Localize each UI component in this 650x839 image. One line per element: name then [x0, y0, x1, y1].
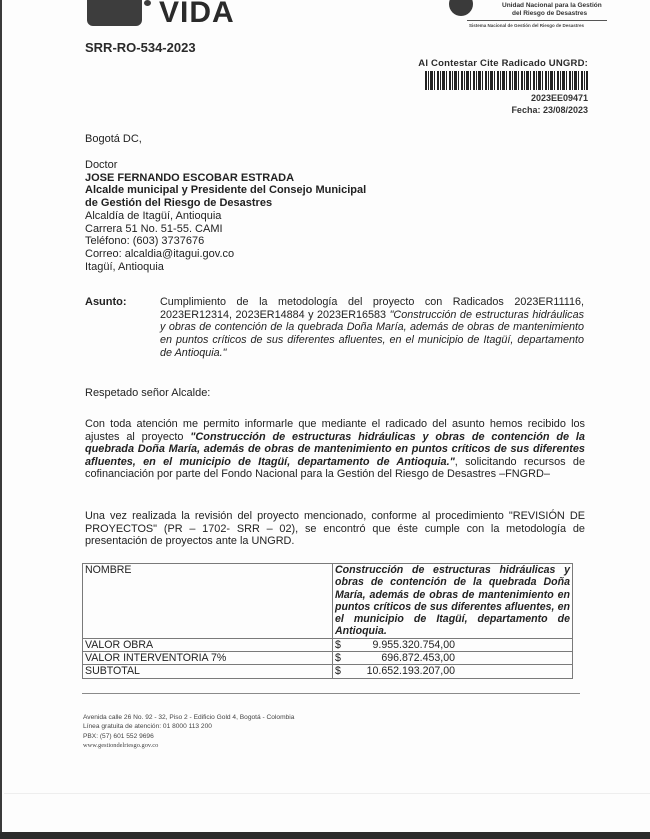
city-line: Bogotá DC, — [85, 133, 142, 146]
recipient-name: JOSE FERNANDO ESCOBAR ESTRADA — [85, 172, 366, 185]
ungrd-subtitle: Sistema Nacional de Gestión del Riesgo d… — [469, 23, 584, 28]
viewer-bottom-bar — [0, 832, 650, 839]
table-key: VALOR INTERVENTORIA 7% — [83, 652, 333, 665]
barcode-icon — [425, 71, 588, 90]
table-row: VALOR OBRA $9.955.320.754,00 — [83, 638, 573, 651]
table-value: Construcción de estructuras hidráulicas … — [333, 564, 573, 639]
government-logo: VIDA — [87, 0, 257, 34]
subject-text: Cumplimiento de la metodología del proye… — [160, 296, 584, 360]
recipient-role-line1: Alcalde municipal y Presidente del Conse… — [85, 184, 366, 197]
page-fold-line — [4, 793, 650, 794]
footer-address: Avenida calle 26 No. 92 - 32, Piso 2 - E… — [83, 713, 294, 722]
recipient-address: Carrera 51 No. 51-55. CAMI — [85, 223, 366, 236]
table-key: SUBTOTAL — [83, 665, 333, 678]
amount: 9.955.320.754,00 — [355, 639, 455, 651]
greeting: Respetado señor Alcalde: — [85, 387, 210, 399]
table-value: $9.955.320.754,00 — [333, 638, 573, 651]
logo-wave-icon — [87, 0, 142, 26]
radicado-block: Al Contestar Cite Radicado UNGRD: 2023EE… — [418, 58, 588, 115]
footer-website: www.gestiondelriesgo.gov.co — [83, 741, 294, 750]
radicado-number: 2023EE09471 — [418, 93, 588, 103]
ungrd-name-line2: del Riesgo de Desastres — [512, 10, 587, 17]
table-value: $10.652.193.207,00 — [333, 665, 573, 678]
recipient-location: Itagüí, Antioquia — [85, 261, 366, 274]
recipient-role-line2: de Gestión del Riesgo de Desastres — [85, 197, 366, 210]
radicado-date: Fecha: 23/08/2023 — [418, 105, 588, 115]
currency-symbol: $ — [335, 639, 355, 651]
footer-pbx: PBX: (57) 601 552 9696 — [83, 732, 294, 741]
amount: 696.872.453,00 — [355, 652, 455, 664]
subject-label: Asunto: — [85, 296, 127, 308]
amount: 10.652.193.207,00 — [355, 665, 455, 677]
table-row: SUBTOTAL $10.652.193.207,00 — [83, 665, 573, 678]
table-value: $696.872.453,00 — [333, 652, 573, 665]
currency-symbol: $ — [335, 652, 355, 664]
recipient-phone: Teléfono: (603) 3737676 — [85, 235, 366, 248]
table-key: VALOR OBRA — [83, 638, 333, 651]
paragraph-2: Una vez realizada la revisión del proyec… — [85, 510, 585, 548]
document-code: SRR-RO-534-2023 — [85, 40, 196, 55]
recipient-entity: Alcaldía de Itagüí, Antioquia — [85, 210, 366, 223]
logo-dot-icon — [144, 0, 151, 6]
recipient-email: Correo: alcaldia@itagui.gov.co — [85, 248, 366, 261]
logo-text: VIDA — [159, 0, 235, 30]
footer-hotline: Línea gratuita de atención: 01 8000 113 … — [83, 722, 294, 731]
table-row: VALOR INTERVENTORIA 7% $696.872.453,00 — [83, 652, 573, 665]
paragraph-1: Con toda atención me permito informarle … — [85, 418, 585, 481]
table-key: NOMBRE — [83, 564, 333, 639]
letter-page: VIDA SRR-RO-534-2023 Unidad Nacional par… — [0, 0, 650, 832]
footer-divider — [82, 693, 580, 694]
ungrd-divider — [467, 20, 607, 21]
footer: Avenida calle 26 No. 92 - 32, Piso 2 - E… — [83, 713, 294, 751]
ungrd-name-line1: Unidad Nacional para la Gestión — [502, 2, 602, 9]
recipient-title: Doctor — [85, 159, 366, 172]
ungrd-logo: Unidad Nacional para la Gestión del Ries… — [425, 0, 595, 34]
radicado-label: Al Contestar Cite Radicado UNGRD: — [418, 58, 588, 69]
recipient-block: Doctor JOSE FERNANDO ESCOBAR ESTRADA Alc… — [85, 159, 366, 273]
table-row: NOMBRE Construcción de estructuras hidrá… — [83, 564, 573, 639]
seal-icon — [449, 0, 473, 16]
currency-symbol: $ — [335, 665, 355, 677]
project-table: NOMBRE Construcción de estructuras hidrá… — [82, 563, 573, 679]
